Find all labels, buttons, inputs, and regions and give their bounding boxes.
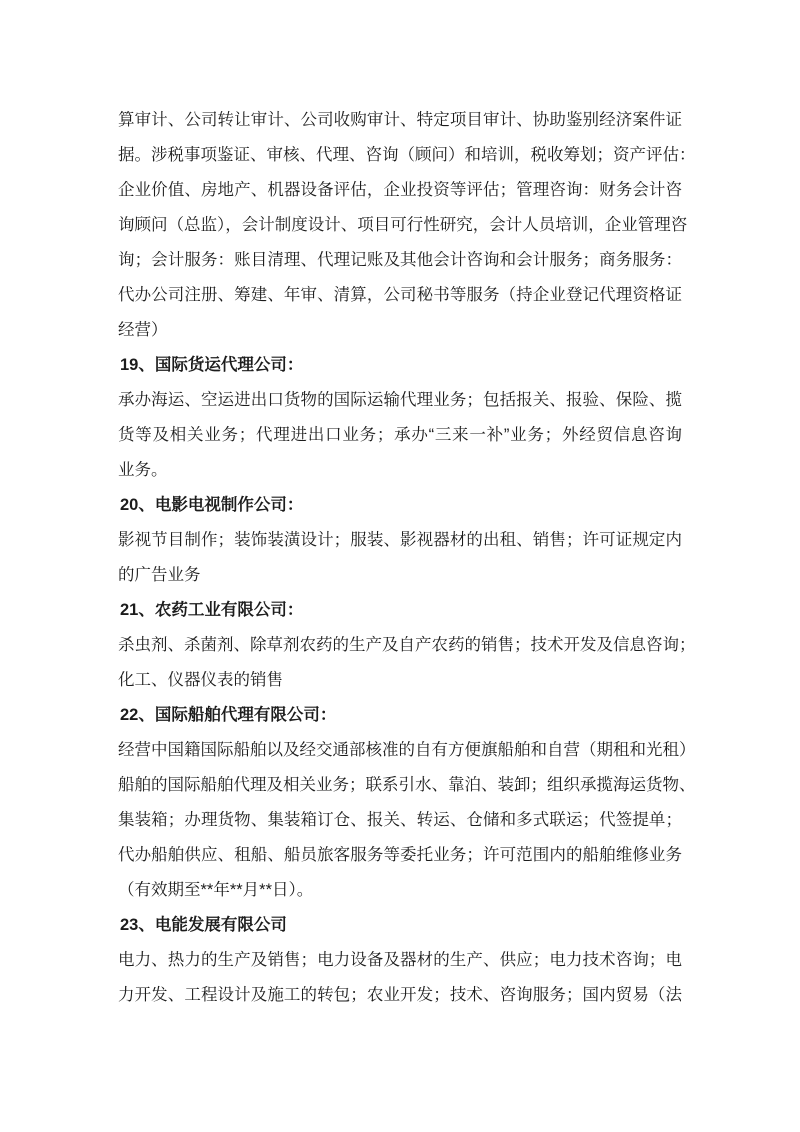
text-line: 力开发、工程设计及施工的转包；农业开发；技术、咨询服务；国内贸易（法 bbox=[118, 978, 682, 1013]
section-heading-20: 20、电影电视制作公司： bbox=[118, 488, 682, 523]
section-heading-22: 22、国际船舶代理有限公司： bbox=[118, 698, 682, 733]
text-line: 电力、热力的生产及销售；电力设备及器材的生产、供应；电力技术咨询；电 bbox=[118, 943, 682, 978]
text-line: 算审计、公司转让审计、公司收购审计、特定项目审计、协助鉴别经济案件证 bbox=[118, 103, 682, 138]
text-line: 企业价值、房地产、机器设备评估，企业投资等评估；管理咨询：财务会计咨 bbox=[118, 173, 682, 208]
text-line: 询；会计服务：账目清理、代理记账及其他会计咨询和会计服务；商务服务： bbox=[118, 243, 682, 278]
text-line: 船舶的国际船舶代理及相关业务；联系引水、靠泊、装卸；组织承揽海运货物、 bbox=[118, 768, 682, 803]
text-line: 经营中国籍国际船舶以及经交通部核准的自有方便旗船舶和自营（期租和光租） bbox=[118, 733, 682, 768]
text-line: 货等及相关业务；代理进出口业务；承办“三来一补”业务；外经贸信息咨询 bbox=[118, 418, 682, 453]
text-line: 化工、仪器仪表的销售 bbox=[118, 663, 682, 698]
document-page: 算审计、公司转让审计、公司收购审计、特定项目审计、协助鉴别经济案件证 据。涉税事… bbox=[0, 0, 800, 1132]
text-line: 询顾问（总监），会计制度设计、项目可行性研究，会计人员培训，企业管理咨 bbox=[118, 208, 682, 243]
text-line: 影视节目制作；装饰装潢设计；服装、影视器材的出租、销售；许可证规定内 bbox=[118, 523, 682, 558]
section-heading-19: 19、国际货运代理公司： bbox=[118, 348, 682, 383]
text-line: 杀虫剂、杀菌剂、除草剂农药的生产及自产农药的销售；技术开发及信息咨询； bbox=[118, 628, 682, 663]
section-heading-21: 21、农药工业有限公司： bbox=[118, 593, 682, 628]
text-line: 经营） bbox=[118, 313, 682, 348]
document-content: 算审计、公司转让审计、公司收购审计、特定项目审计、协助鉴别经济案件证 据。涉税事… bbox=[118, 103, 682, 1013]
text-line: （有效期至**年**月**日）。 bbox=[118, 873, 682, 908]
text-line: 代办船舶供应、租船、船员旅客服务等委托业务；许可范围内的船舶维修业务 bbox=[118, 838, 682, 873]
text-line: 业务。 bbox=[118, 453, 682, 488]
section-heading-23: 23、电能发展有限公司 bbox=[118, 908, 682, 943]
text-line: 代办公司注册、筹建、年审、清算，公司秘书等服务（持企业登记代理资格证 bbox=[118, 278, 682, 313]
text-line: 据。涉税事项鉴证、审核、代理、咨询（顾问）和培训，税收筹划；资产评估： bbox=[118, 138, 682, 173]
text-line: 集装箱；办理货物、集装箱订仓、报关、转运、仓储和多式联运；代签提单； bbox=[118, 803, 682, 838]
text-line: 承办海运、空运进出口货物的国际运输代理业务；包括报关、报验、保险、揽 bbox=[118, 383, 682, 418]
text-line: 的广告业务 bbox=[118, 558, 682, 593]
